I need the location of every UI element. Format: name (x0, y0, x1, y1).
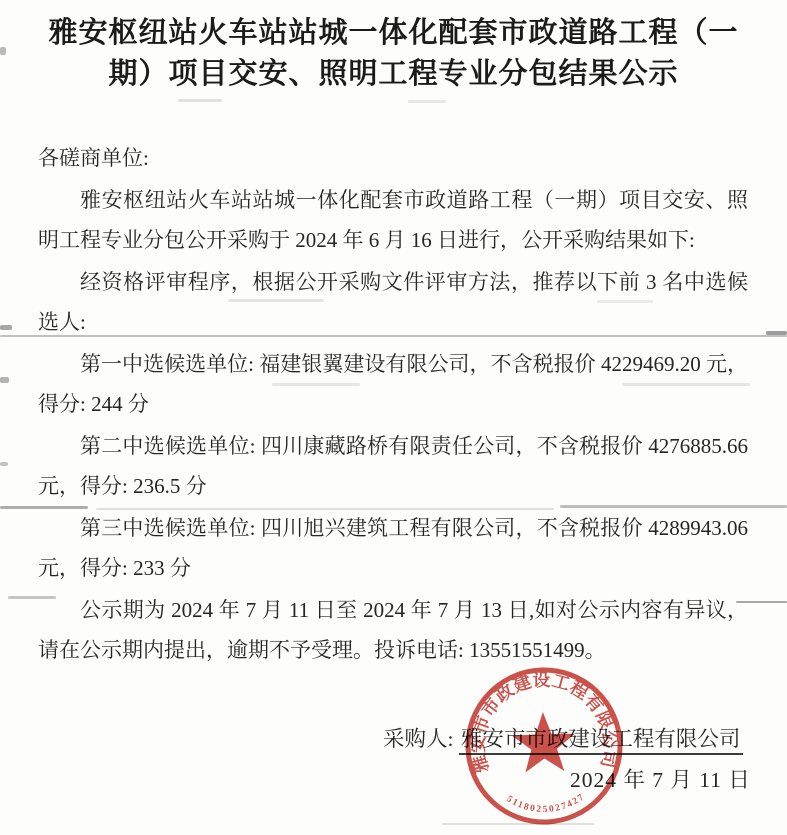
scan-artifact (622, 383, 750, 386)
scan-artifact (272, 383, 360, 386)
scan-artifact (408, 100, 446, 103)
scan-artifact (178, 99, 222, 102)
scan-artifact (0, 47, 6, 55)
notice-body: 各磋商单位: 雅安枢纽站火车站站城一体化配套市政道路工程（一期）项目交安、照明工… (38, 138, 748, 670)
scan-artifact (766, 331, 787, 335)
paragraph-publicity-period: 公示期为 2024 年 7 月 11 日至 2024 年 7 月 13 日,如对… (38, 590, 748, 670)
scan-artifact (0, 377, 9, 383)
purchaser-label: 采购人: (383, 727, 453, 751)
scan-artifact (0, 325, 12, 330)
paragraph-procurement-intro: 雅安枢纽站火车站站城一体化配套市政道路工程（一期）项目交安、照明工程专业分包公开… (38, 180, 748, 260)
scan-artifact (736, 601, 787, 603)
salutation: 各磋商单位: (38, 138, 748, 178)
page-title: 雅安枢纽站火车站站城一体化配套市政道路工程（一期）项目交安、照明工程专业分包结果… (35, 0, 753, 95)
scan-artifact (8, 596, 56, 599)
official-seal: 雅安市市政建设工程有限公司 5118025027427 (456, 658, 632, 834)
paragraph-candidate-2: 第二中选候选单位: 四川康藏路桥有限责任公司，不含税报价 4276885.66 … (38, 426, 748, 506)
scan-artifact (0, 462, 8, 466)
notice-document: 雅安枢纽站火车站站城一体化配套市政道路工程（一期）项目交安、照明工程专业分包结果… (0, 0, 787, 835)
scan-artifact (228, 299, 324, 302)
scan-artifact (0, 335, 787, 337)
scan-artifact (0, 506, 88, 509)
scan-artifact (96, 508, 554, 510)
seal-star-icon (511, 711, 576, 773)
paragraph-candidate-3: 第三中选候选单位: 四川旭兴建筑工程有限公司，不含税报价 4289943.06 … (38, 508, 748, 588)
scan-artifact (597, 300, 653, 303)
scan-artifact (560, 505, 787, 508)
